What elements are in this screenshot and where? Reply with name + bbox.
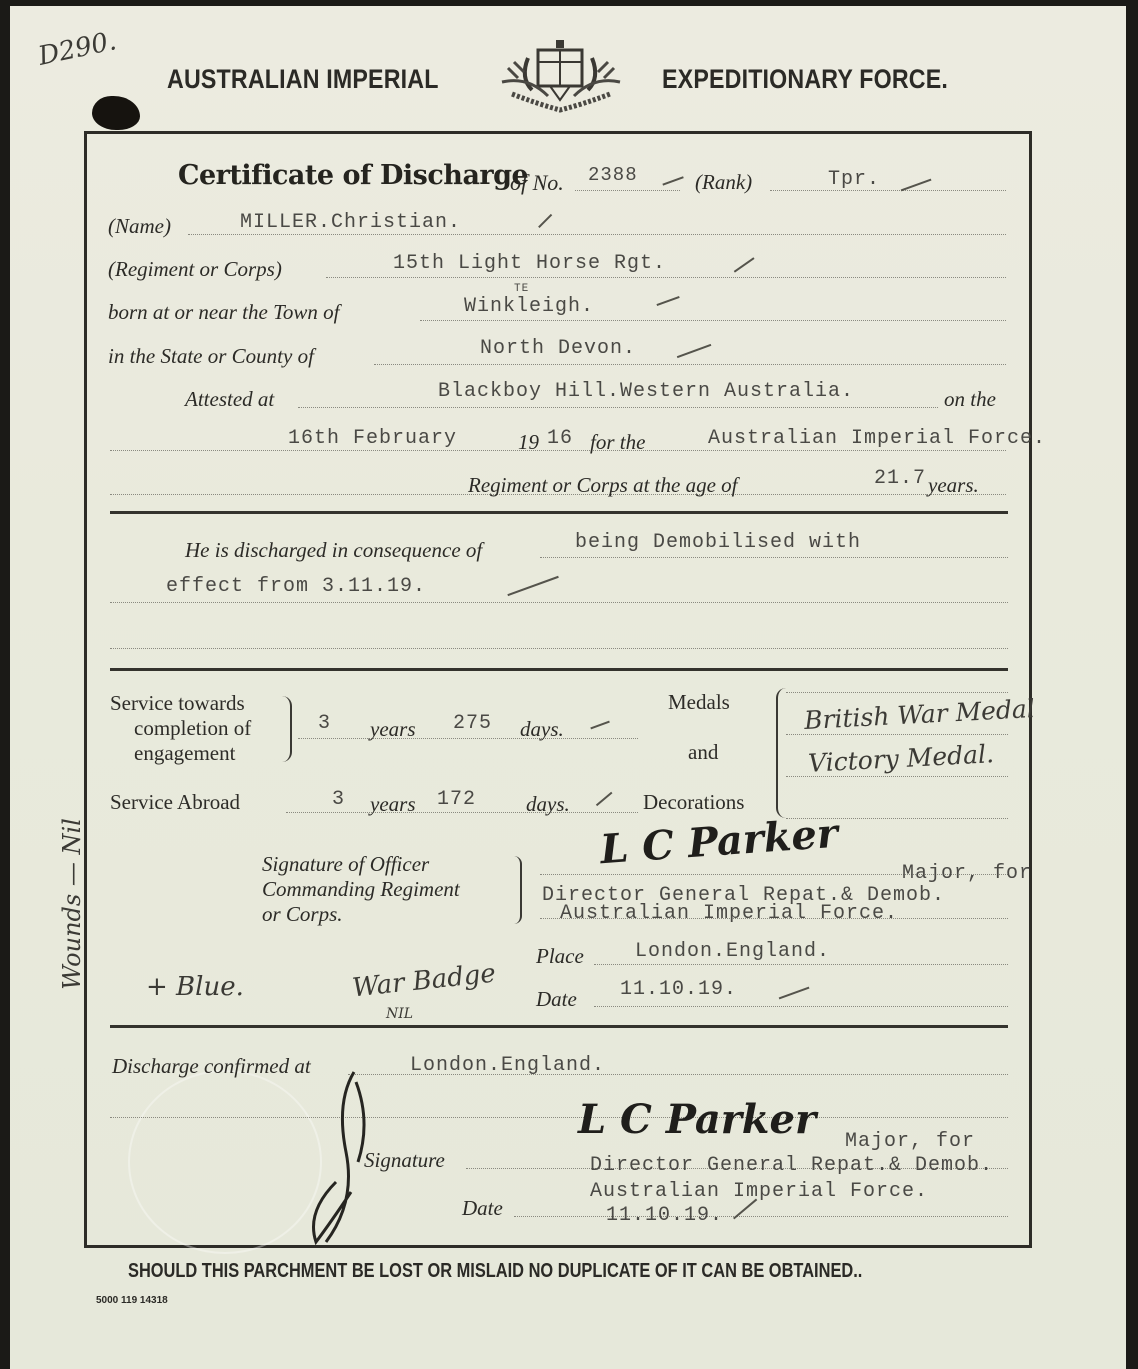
coat-of-arms-icon <box>498 38 624 116</box>
year-prefix: 19 <box>518 430 539 455</box>
officer-title-line2: Australian Imperial Force. <box>560 902 898 925</box>
for-the-label: for the <box>590 430 645 455</box>
discharge-reason-line2: effect from 3.11.19. <box>166 575 426 598</box>
attested-place: Blackboy Hill.Western Australia. <box>438 380 854 403</box>
county-label: in the State or County of <box>108 344 314 369</box>
name-label: (Name) <box>108 214 171 239</box>
date-dotted-line <box>594 1006 1008 1007</box>
attested-label: Attested at <box>185 387 274 412</box>
regiment-value: 15th Light Horse Rgt. <box>393 252 666 275</box>
bracket <box>514 856 522 924</box>
embossed-seal <box>128 1070 322 1254</box>
birth-town-value: Winkleigh. <box>464 295 594 318</box>
officer-signature-label-3: or Corps. <box>262 902 343 927</box>
service-dotted-line <box>298 738 638 739</box>
place-label: Place <box>536 944 584 969</box>
header-right-title: EXPEDITIONARY FORCE. <box>662 64 948 95</box>
place-dotted-line <box>594 964 1008 965</box>
discharge-reason-label: He is discharged in consequence of <box>185 538 482 563</box>
birth-town-label: born at or near the Town of <box>108 300 339 325</box>
reason-dotted-line <box>110 648 1008 649</box>
signature-label: Signature <box>364 1148 445 1173</box>
years-label: years <box>370 717 416 742</box>
abroad-dotted-line <box>286 812 638 813</box>
town-dotted-line <box>420 320 1006 321</box>
war-badge-nil: NIL <box>386 1006 413 1022</box>
bracket <box>776 688 788 818</box>
age-label: Regiment or Corps at the age of <box>468 473 737 498</box>
rank-label: (Rank) <box>695 170 752 195</box>
section-divider <box>110 668 1008 671</box>
service-towards-label-1: Service towards <box>110 691 245 716</box>
service-abroad-days: 172 <box>437 788 476 811</box>
service-towards-days: 275 <box>453 712 492 735</box>
place-value: London.England. <box>635 940 830 963</box>
service-abroad-years: 3 <box>332 788 345 811</box>
discharge-reason-line1: being Demobilised with <box>575 531 861 554</box>
officer-rank-line: Major, for <box>902 862 1032 885</box>
header-left-title: AUSTRALIAN IMPERIAL <box>167 64 439 95</box>
regiment-label: (Regiment or Corps) <box>108 257 282 282</box>
days-label: days. <box>526 792 570 817</box>
and-label: and <box>688 740 718 765</box>
officer-signature-label-1: Signature of Officer <box>262 852 429 877</box>
service-towards-label-3: engagement <box>134 741 235 766</box>
attested-dotted-line <box>298 407 938 408</box>
certificate-title: Certificate of Discharge <box>178 160 528 191</box>
medals-label: Medals <box>668 690 730 715</box>
rank-value: Tpr. <box>828 168 880 191</box>
age-value: 21.7 <box>874 467 926 490</box>
date-label: Date <box>536 987 577 1012</box>
name-value: MILLER.Christian. <box>240 211 461 234</box>
reason-dotted-line <box>540 557 1008 558</box>
print-code: 5000 119 14318 <box>96 1295 168 1306</box>
confirmation-rank-line: Major, for <box>845 1130 975 1153</box>
reason-dotted-line <box>110 602 1008 603</box>
name-dotted-line <box>188 234 1006 235</box>
section-divider <box>110 511 1008 514</box>
confirmed-dotted-line <box>110 1117 1008 1118</box>
rank-dotted-line <box>770 190 1006 191</box>
section-divider <box>110 1025 1008 1028</box>
service-towards-label-2: completion of <box>134 716 251 741</box>
attested-date: 16th February <box>288 427 457 450</box>
confirmation-signature: L C Parker <box>578 1096 816 1143</box>
footer-warning: SHOULD THIS PARCHMENT BE LOST OR MISLAID… <box>128 1260 862 1283</box>
bracket <box>282 696 292 762</box>
service-number: 2388 <box>588 164 638 186</box>
days-label: days. <box>520 717 564 742</box>
margin-wounds-note: Wounds — Nil <box>58 818 86 990</box>
years-label: years <box>370 792 416 817</box>
force-value: Australian Imperial Force. <box>708 427 1046 450</box>
number-dotted-line <box>575 190 680 191</box>
confirmation-date: 11.10.19. <box>606 1204 723 1227</box>
discharge-confirmed-place: London.England. <box>410 1054 605 1077</box>
town-correction: TE <box>514 283 529 295</box>
year-suffix: 16 <box>547 427 573 450</box>
blue-annotation: + Blue. <box>146 972 244 1002</box>
service-towards-years: 3 <box>318 712 331 735</box>
officer-signature-label-2: Commanding Regiment <box>262 877 460 902</box>
confirmation-title-line1: Director General Repat.& Demob. <box>590 1154 993 1177</box>
attested-date-dotted-line <box>110 450 1006 451</box>
on-the-label: on the <box>944 387 996 412</box>
date-dotted-line <box>514 1216 1008 1217</box>
number-label: of No. <box>510 170 564 196</box>
decorations-label: Decorations <box>643 790 744 815</box>
county-value: North Devon. <box>480 337 636 360</box>
date-value: 11.10.19. <box>620 978 737 1001</box>
regiment-dotted-line <box>326 277 1006 278</box>
years-label: years. <box>928 473 979 498</box>
service-abroad-label: Service Abroad <box>110 790 240 815</box>
medals-dotted-line <box>786 692 1008 693</box>
discharge-confirmed-label: Discharge confirmed at <box>112 1054 311 1079</box>
confirmation-date-label: Date <box>462 1196 503 1221</box>
county-dotted-line <box>374 364 1006 365</box>
confirmation-title-line2: Australian Imperial Force. <box>590 1180 928 1203</box>
